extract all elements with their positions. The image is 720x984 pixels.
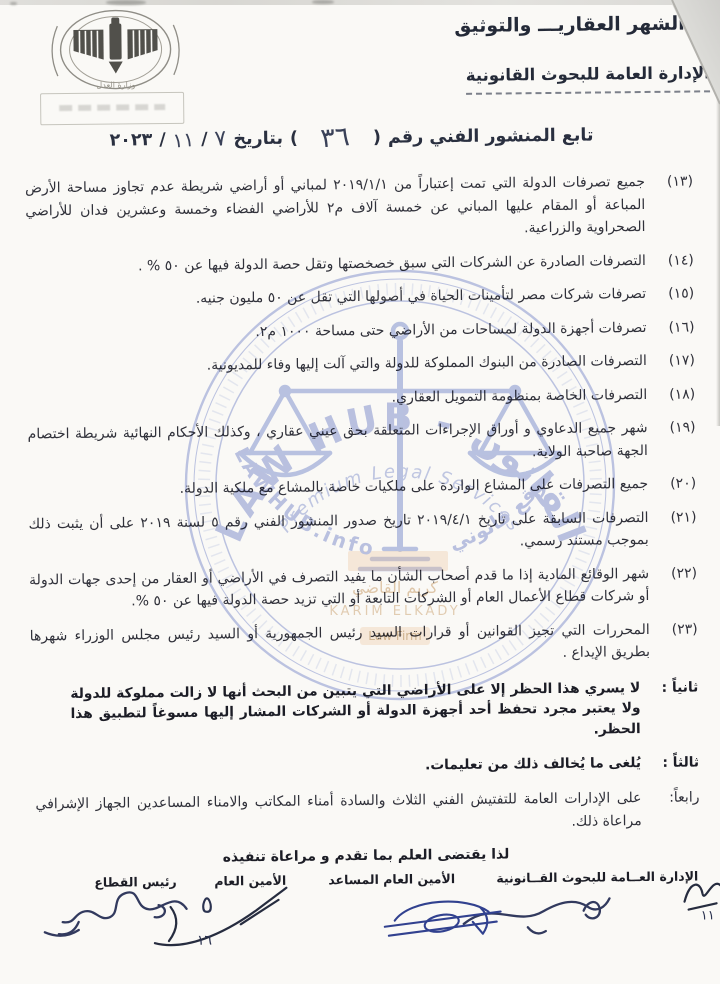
list-item: (٢١) التصرفات السابقة على تاريخ ٢٠١٩/٤/١…: [28, 506, 696, 558]
item-number: (١٧): [647, 349, 695, 372]
scanned-document-page: وزارة العدل ـة الشهر العقاريـــ والتوثيق…: [0, 0, 720, 984]
list-item: (١٣) جميع تصرفات الدولة التي تمت إعتبارا…: [25, 170, 694, 244]
item-text: تصرفات أجهزة الدولة لمساحات من الأراضي ح…: [26, 316, 646, 345]
item-text: التصرفات السابقة على تاريخ ٢٠١٩/٤/١ تاري…: [28, 506, 648, 557]
item-number: (٢١): [648, 506, 696, 552]
handwritten-circular-number: ٣٦: [320, 121, 351, 154]
list-item: (١٩) شهر جميع الدعاوي و أوراق الإجراءات …: [27, 416, 695, 468]
handwritten-day: ٧: [214, 126, 228, 152]
open-paren: (: [373, 127, 381, 147]
item-text: شهر جميع الدعاوي و أوراق الإجراءات المتع…: [27, 417, 647, 468]
scan-smudge: [106, 0, 146, 5]
date-label: بتاريخ: [233, 128, 283, 149]
section-fourth: رابعاً: على الإدارات العامة للتفتيش الفن…: [31, 786, 699, 839]
item-number: (١٣): [645, 170, 694, 238]
item-number: (١٦): [646, 316, 694, 339]
document-content: وزارة العدل ـة الشهر العقاريـــ والتوثيق…: [0, 0, 720, 984]
item-text: المحررات التي تجيز القوانين أو قرارات ال…: [30, 618, 650, 669]
item-number: (١٨): [647, 383, 695, 406]
faded-stamp-box: [40, 92, 184, 126]
item-text: تصرفات شركات مصر لتأمينات الحياة في أصول…: [26, 283, 646, 312]
item-number: (٢٣): [650, 618, 698, 664]
scan-right-edge: [716, 96, 720, 426]
handwritten-signature-sector-head: [34, 879, 193, 945]
item-number: (١٥): [646, 282, 694, 305]
list-item: (١٤) التصرفات الصادرة عن الشركات التي سب…: [26, 249, 694, 278]
emblem-caption: وزارة العدل: [96, 80, 135, 89]
item-text: جميع التصرفات على المشاع الواردة على ملك…: [28, 473, 648, 502]
section-text: لا يسري هذا الحظر إلا على الأراضي التي ي…: [30, 678, 641, 746]
list-item: (١٥) تصرفات شركات مصر لتأمينات الحياة في…: [26, 282, 694, 311]
handwritten-number-mark: ٥: [200, 891, 213, 919]
org-name-line: ـة الشهر العقاريـــ والتوثيق: [409, 8, 709, 41]
scan-smudge: [10, 2, 17, 5]
list-item: (١٨) التصرفات الخاصة بمنظومة التمويل الع…: [27, 383, 695, 412]
title-prefix: تابع المنشور الفني رقم: [388, 125, 594, 147]
item-number: (٢٠): [648, 472, 696, 495]
scan-smudge: [312, 0, 334, 4]
circular-title-line: تابع المنشور الفني رقم ( ٣٦ ) بتاريخ ٧ /…: [86, 119, 616, 156]
date-separator: /: [201, 129, 208, 149]
item-text: التصرفات الخاصة بمنظومة التمويل العقاري.: [27, 383, 647, 412]
close-paren: ): [290, 128, 298, 148]
faded-stamp-text: [59, 104, 165, 111]
signature-block: الإدارة العــامة للبحوث القــانونية الأم…: [32, 865, 701, 960]
handwritten-signature-assistant-secretary: [380, 885, 509, 942]
handwritten-number-mark: ١٦: [197, 933, 212, 949]
circular-body: (١٣) جميع تصرفات الدولة التي تمت إعتبارا…: [25, 170, 701, 960]
org-header: ـة الشهر العقاريـــ والتوثيق الإدارة الع…: [409, 8, 710, 95]
section-text: على الإدارات العامة للتفتيش الفني الثلاث…: [31, 787, 641, 839]
date-year: ٢٠٢٣: [109, 130, 152, 150]
item-text: شهر الوقائع المادية إذا ما قدم أصحاب الش…: [29, 562, 649, 613]
section-text: يُلغى ما يُخالف ذلك من تعليمات.: [31, 753, 641, 780]
list-item: (٢٠) جميع التصرفات على المشاع الواردة عل…: [28, 472, 696, 501]
item-text: التصرفات الصادرة عن الشركات التي سبق خصخ…: [26, 249, 646, 278]
section-third: ثالثاً : يُلغى ما يُخالف ذلك من تعليمات.: [31, 752, 699, 779]
section-label: ثالثاً :: [641, 752, 699, 773]
list-item: (٢٢) شهر الوقائع المادية إذا ما قدم أصحا…: [29, 562, 697, 614]
section-label: ثانياً :: [640, 677, 699, 739]
item-number: (١٩): [647, 416, 695, 462]
list-item: (١٧) التصرفات الصادرة من البنوك المملوكة…: [27, 349, 695, 378]
item-number: (١٤): [646, 249, 694, 272]
section-second: ثانياً : لا يسري هذا الحظر إلا على الأرا…: [30, 677, 699, 745]
item-text: جميع تصرفات الدولة التي تمت إعتباراً من …: [25, 171, 646, 245]
list-item: (١٦) تصرفات أجهزة الدولة لمساحات من الأر…: [26, 316, 694, 345]
handwritten-signature-right-mark: ١١: [676, 867, 720, 922]
section-label: رابعاً:: [641, 786, 699, 833]
item-number: (٢٢): [649, 562, 697, 608]
ministry-of-justice-emblem: وزارة العدل: [45, 7, 186, 94]
list-item: (٢٣) المحررات التي تجيز القوانين أو قرار…: [30, 618, 698, 670]
handwritten-number-mark: ١١: [701, 908, 715, 923]
department-name-line: الإدارة العامة للبحوث القانونية: [466, 59, 710, 95]
handwritten-month: ١١: [172, 127, 195, 153]
item-text: التصرفات الصادرة من البنوك المملوكة للدو…: [27, 350, 647, 379]
date-separator: /: [159, 130, 166, 150]
